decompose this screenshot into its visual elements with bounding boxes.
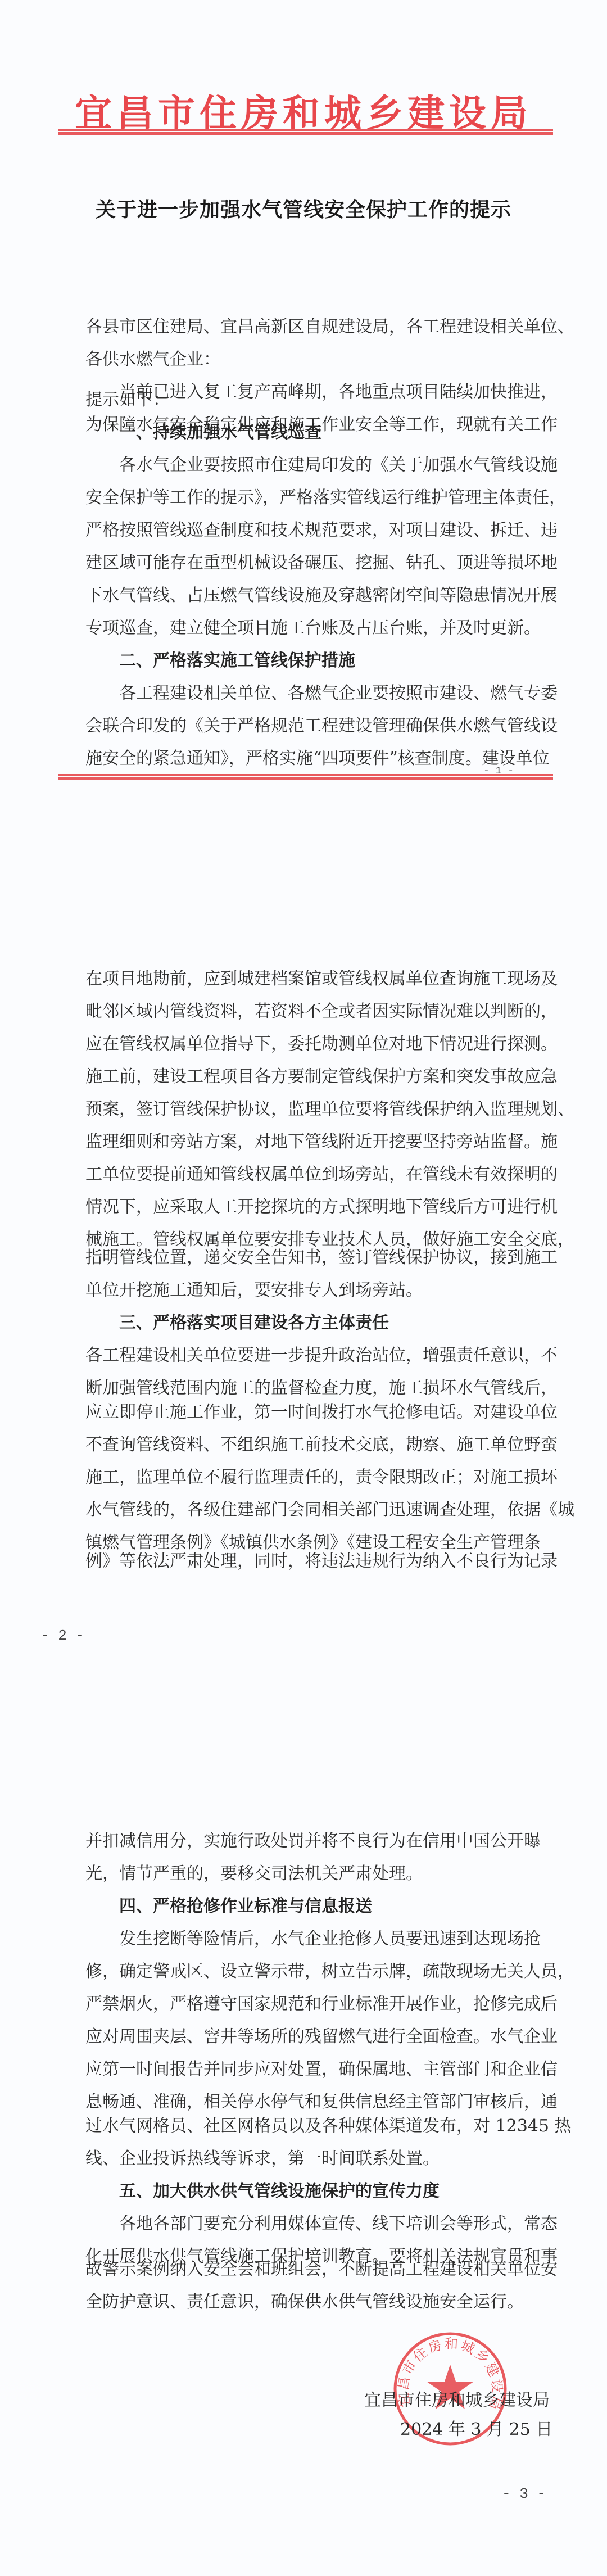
section-heading: 五、加大供水供气管线设施保护的宣传力度 (119, 2180, 440, 2203)
body-line: 在项目地勘前，应到城建档案馆或管线权属单位查询施工现场及 (85, 968, 541, 990)
section-heading: 四、严格抢修作业标准与信息报送 (119, 1895, 372, 1918)
page-number: - 1 - (483, 766, 514, 777)
issuer-masthead: 宜昌市住房和城乡建设局 (0, 83, 607, 137)
body-line: 过水气网格员、社区网格员以及各种媒体渠道发布，对 12345 热 (85, 2115, 541, 2138)
body-line: 情况下，应采取人工开挖探坑的方式探明地下管线后方可进行机 (85, 1196, 541, 1219)
body-line: 各工程建设相关单位、各燃气企业要按照市建设、燃气专委 (119, 682, 541, 705)
signature-date: 2024 年 3 月 25 日 (400, 2415, 552, 2440)
page-footer-rule (58, 774, 553, 780)
body-line: 修，确定警戒区、设立警示带，树立告示牌，疏散现场无关人员， (85, 1961, 541, 1983)
body-line: 全防护意识、责任意识，确保供水供气管线设施安全运行。 (85, 2291, 541, 2314)
body-line: 严格按照管线巡查制度和技术规范要求，对项目建设、拆迁、违 (85, 519, 541, 542)
body-line: 应对周围夹层、窨井等场所的残留燃气进行全面检查。水气企业 (85, 2026, 541, 2048)
body-line: 各工程建设相关单位要进一步提升政治站位，增强责任意识，不 (85, 1344, 541, 1367)
body-line: 预案，签订管线保护协议，监理单位要将管线保护纳入监理规划、 (85, 1098, 541, 1121)
body-line: 不查询管线资料、不组织施工前技术交底，勘察、施工单位野蛮 (85, 1434, 541, 1456)
page-number: - 3 - (502, 2486, 546, 2502)
document-title: 关于进一步加强水气管线安全保护工作的提示 (0, 194, 607, 223)
body-line: 息畅通、准确，相关停水停气和复供信息经主管部门审核后，通 (85, 2091, 541, 2113)
body-line: 水气管线的，各级住建部门会同相关部门迅速调查处理，依据《城 (85, 1499, 541, 1522)
body-line: 应立即停止施工作业，第一时间拨打水气抢修电话。对建设单位 (85, 1401, 541, 1424)
body-line: 故警示案例纳入安全会和班组会，不断提高工程建设相关单位安 (85, 2258, 541, 2281)
body-line: 建区域可能存在重型机械设备碾压、挖掘、钻孔、顶进等损坏地 (85, 552, 541, 574)
body-line: 应在管线权属单位指导下，委托勘测单位对地下情况进行探测。 (85, 1033, 541, 1056)
body-line: 各水气企业要按照市住建局印发的《关于加强水气管线设施 (119, 454, 541, 477)
body-line: 线、企业投诉热线等诉求，第一时间联系处置。 (85, 2148, 541, 2170)
body-line: 断加强管线范围内施工的监督检查力度，施工损坏水气管线后， (85, 1377, 541, 1400)
body-line: 会联合印发的《关于严格规范工程建设管理确保供水燃气管线设 (85, 715, 541, 737)
addressee-line: 各县市区住建局、宜昌高新区自规建设局，各工程建设相关单位、 (85, 316, 541, 338)
body-line: 应第一时间报告并同步应对处置，确保属地、主管部门和企业信 (85, 2058, 541, 2081)
body-line: 指明管线位置，递交安全告知书，签订管线保护协议，接到施工 (85, 1247, 541, 1269)
body-line: 光，情节严重的，要移交司法机关严肃处理。 (85, 1863, 541, 1885)
body-line: 专项巡查，建立健全项目施工台账及占压台账，并及时更新。 (85, 617, 541, 640)
intro-line: 提示如下： (85, 389, 541, 411)
body-line: 严禁烟火，严格遵守国家规范和行业标准开展作业，抢修完成后 (85, 1993, 541, 2016)
body-line: 施工，监理单位不履行监理责任的，责令限期改正；对施工损坏 (85, 1466, 541, 1489)
addressee-line: 各供水燃气企业： (85, 348, 541, 371)
section-heading: 二、严格落实施工管线保护措施 (119, 650, 355, 672)
signature-org: 宜昌市住房和城乡建设局 (364, 2386, 550, 2411)
body-line: 施安全的紧急通知》，严格实施“四项要件”核查制度。建设单位 (85, 748, 541, 770)
body-line: 安全保护等工作的提示》，严格落实管线运行维护管理主体责任， (85, 487, 541, 509)
body-line: 单位开挖施工通知后，要安排专人到场旁站。 (85, 1279, 541, 1302)
red-header-rule (58, 129, 553, 135)
body-line: 发生挖断等险情后，水气企业抢修人员要迅速到达现场抢 (119, 1928, 541, 1950)
body-line: 施工前，建设工程项目各方要制定管线保护方案和突发事故应急 (85, 1066, 541, 1088)
section-heading: 一、持续加强水气管线巡查 (119, 422, 321, 444)
body-line: 并扣减信用分，实施行政处罚并将不良行为在信用中国公开曝 (85, 1830, 541, 1853)
body-line: 各地各部门要充分利用媒体宣传、线下培训会等形式，常态 (119, 2213, 541, 2235)
body-line: 毗邻区域内管线资料，若资料不全或者因实际情况难以判断的， (85, 1000, 541, 1023)
body-line: 监理细则和旁站方案，对地下管线附近开挖要坚持旁站监督。施 (85, 1131, 541, 1153)
section-heading: 三、严格落实项目建设各方主体责任 (119, 1312, 389, 1334)
body-line: 下水气管线、占压燃气管线设施及穿越密闭空间等隐患情况开展 (85, 585, 541, 607)
body-line: 例》等依法严肃处理，同时，将违法违规行为纳入不良行为记录 (85, 1550, 541, 1573)
body-line: 工单位要提前通知管线权属单位到场旁站，在管线未有效探明的 (85, 1163, 541, 1186)
page-number: - 2 - (40, 1627, 84, 1644)
